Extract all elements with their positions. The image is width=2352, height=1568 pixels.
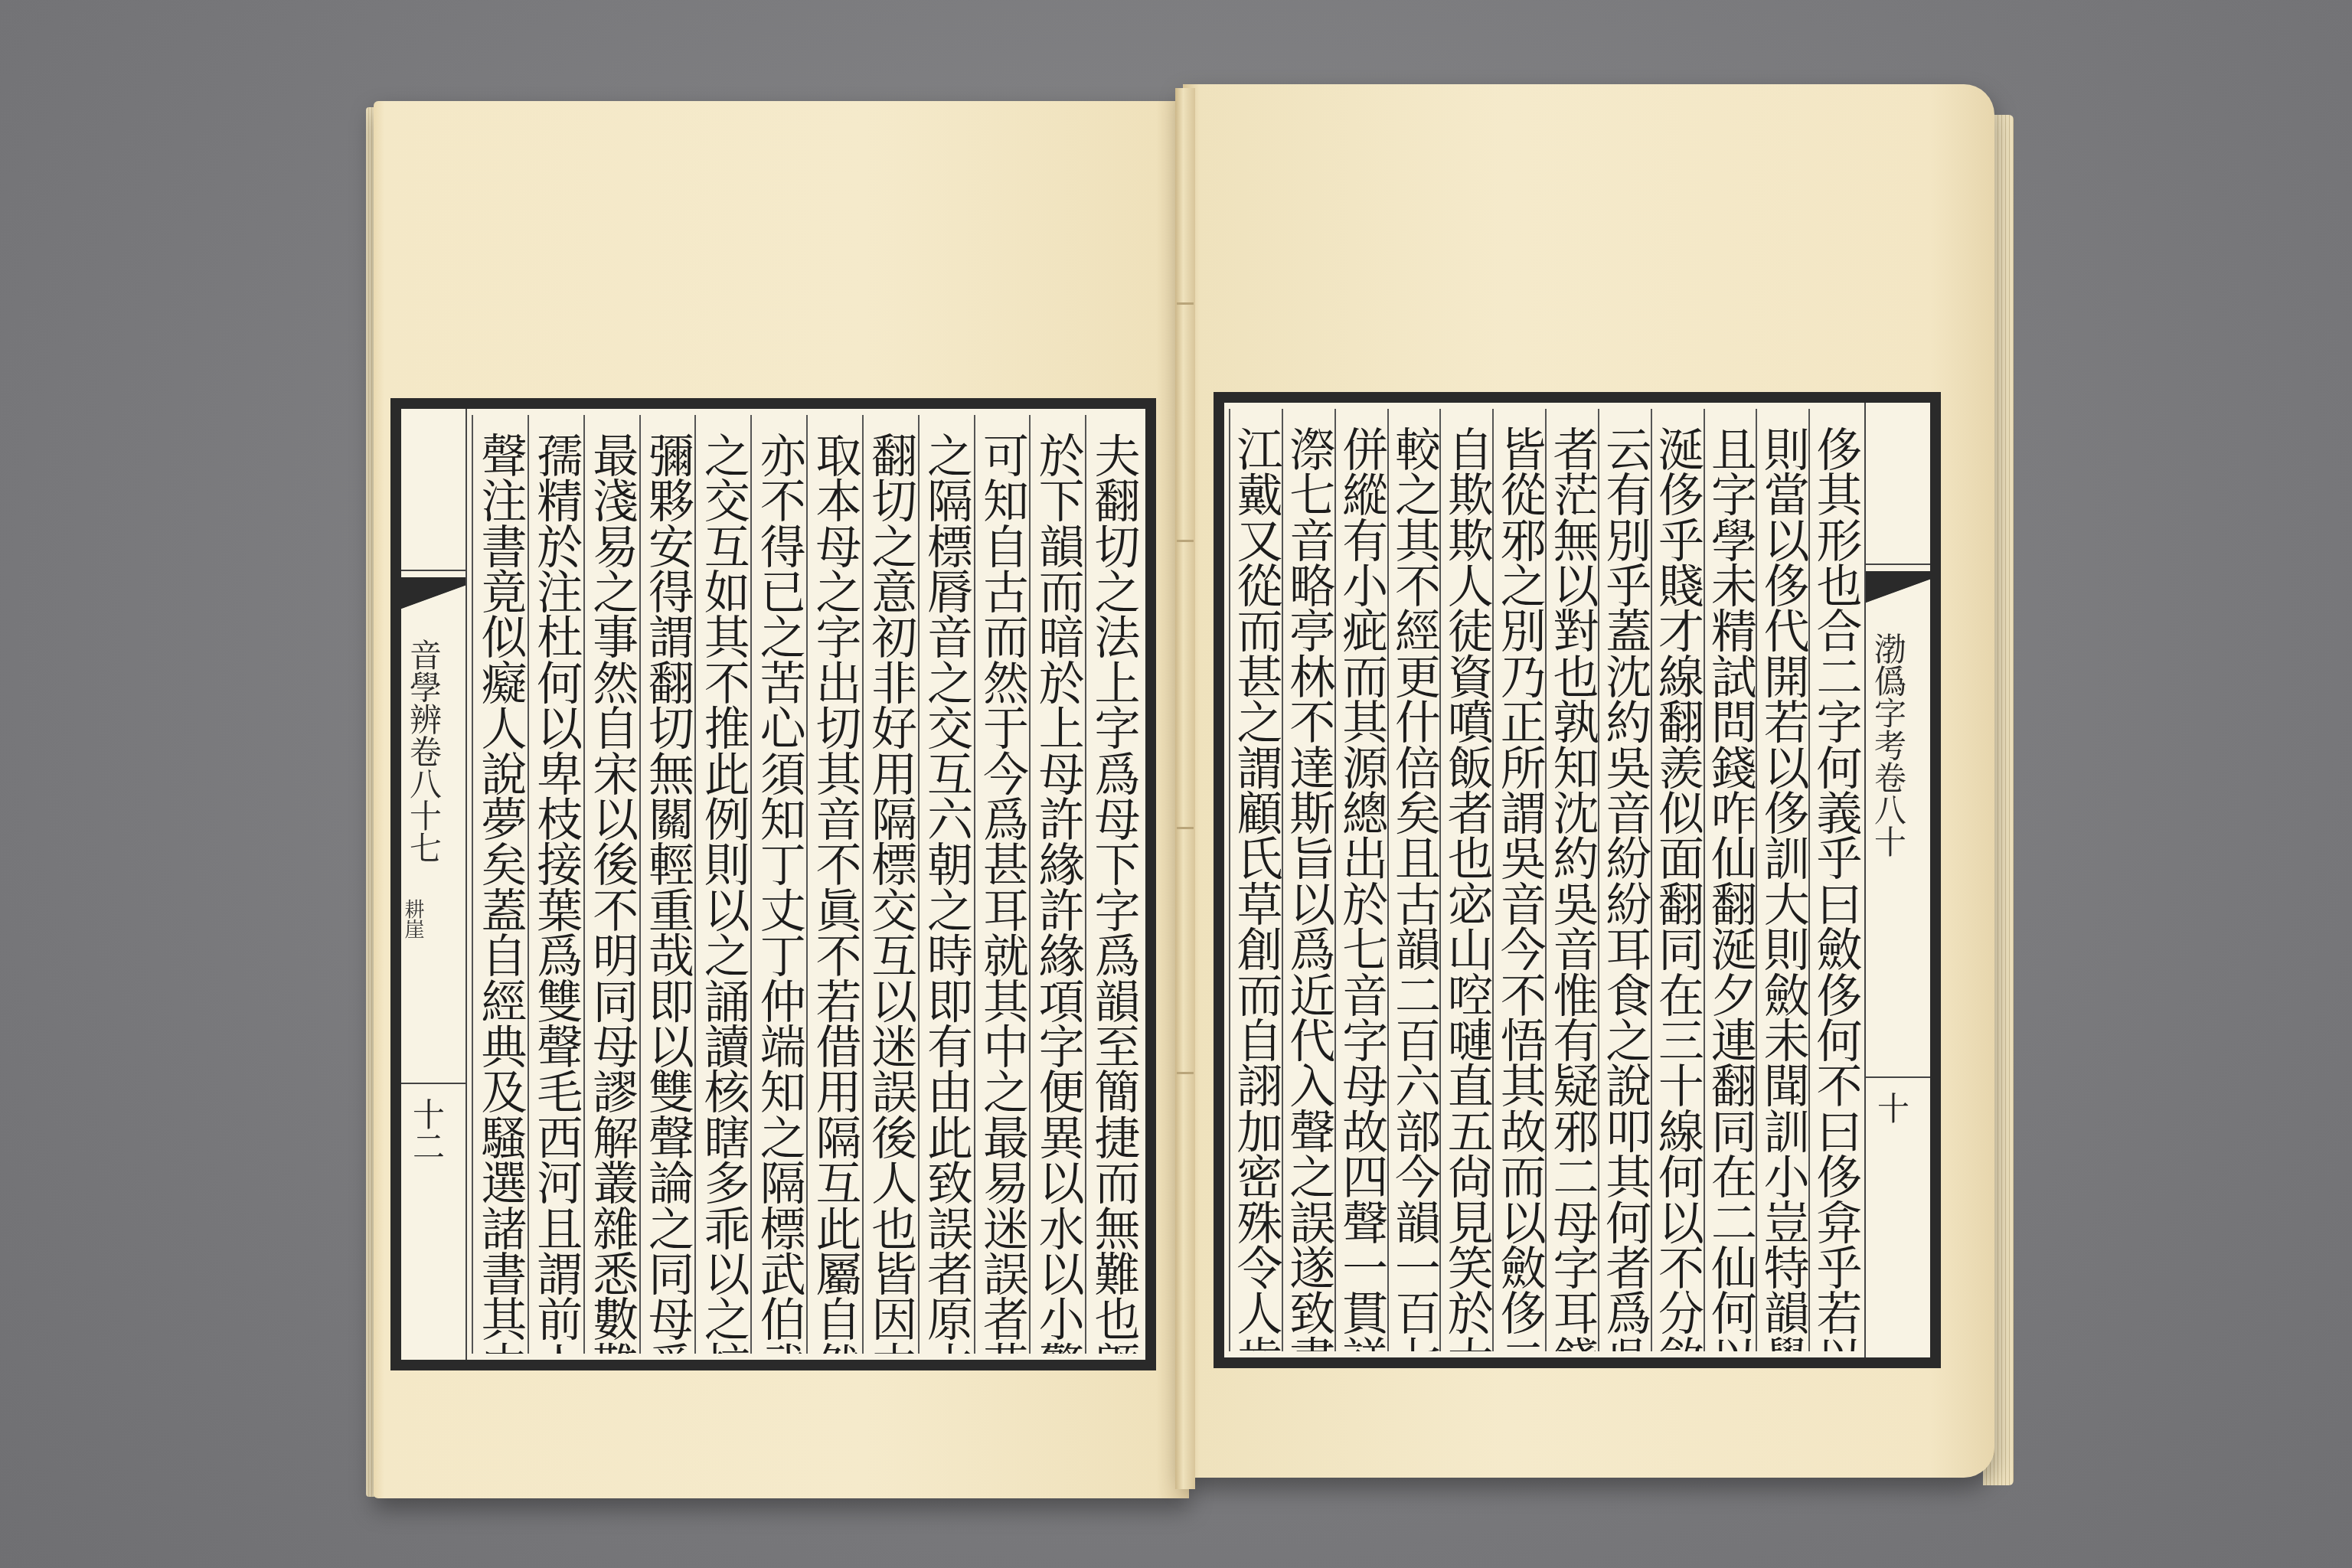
text-column: 可知自古而然于今爲甚耳就其中之最易迷誤者莫若舌音 bbox=[974, 415, 1030, 1354]
right-text-columns: 侈其形也合二字何義乎曰斂侈何不曰侈弇乎若以斂代闔 則當以侈代開若以侈訓大則斂未聞… bbox=[1229, 409, 1861, 1351]
text-column: 翻切之意初非好用隔標交互以迷誤後人也皆因本韻之字 bbox=[862, 415, 918, 1354]
page-number: 十 bbox=[1875, 1092, 1907, 1124]
fishtail-subtitle: 耕崖 bbox=[403, 899, 423, 939]
right-fishtail-margin: 渤僞字考卷八十 十 bbox=[1864, 403, 1930, 1357]
fishtail-title: 音學辨卷八十七 bbox=[407, 639, 439, 864]
text-column: 江戴又從而甚之謂顧氏草創而自詡加密殊令人齒冷也且 bbox=[1229, 409, 1282, 1351]
left-fishtail-margin: 音學辨卷八十七 耕崖 十二 bbox=[401, 409, 467, 1360]
text-column: 自欺欺人徒資噴飯者也宓山啌嗹直五尙見笑於大方以此 bbox=[1439, 409, 1492, 1351]
left-text-block: 音學辨卷八十七 耕崖 十二 夫翻切之法上字爲母下字爲韻至簡捷而無難也顧人每明 於… bbox=[390, 398, 1156, 1370]
text-column: 侈其形也合二字何義乎曰斂侈何不曰侈弇乎若以斂代闔 bbox=[1808, 409, 1861, 1351]
text-column: 孺精於注杜何以卑枝接葉爲雙聲毛西河且謂前人不以雙 bbox=[528, 415, 583, 1354]
text-column: 夫翻切之法上字爲母下字爲韻至簡捷而無難也顧人每明 bbox=[1085, 415, 1141, 1354]
page-number: 十二 bbox=[410, 1098, 443, 1162]
divider bbox=[401, 1083, 465, 1084]
fishtail-title: 渤僞字考卷八十 bbox=[1872, 632, 1904, 857]
text-column: 最淺易之事然自宋以後不明同母謬解叢雜悉數難終朱長 bbox=[583, 415, 639, 1354]
divider bbox=[401, 570, 465, 571]
fishtail-mark-icon bbox=[1866, 571, 1930, 617]
text-column: 且字學未精試問錢咋仙翻涎夕連翻同在二仙何以錢斂而 bbox=[1704, 409, 1756, 1351]
text-column: 漈七音略亭林不達斯旨以爲近代入聲之誤遂致盡變古法 bbox=[1282, 409, 1334, 1351]
left-text-columns: 夫翻切之法上字爲母下字爲韻至簡捷而無難也顧人每明 於下韻而暗於上母許緣許緣項字便… bbox=[472, 415, 1141, 1354]
text-column: 則當以侈代開若以侈訓大則斂未聞訓小豈特韻學不典抑 bbox=[1756, 409, 1808, 1351]
text-column: 取本母之字出切其音不眞不若借用隔互此屬自然之至理 bbox=[806, 415, 862, 1354]
spine-stitch bbox=[1177, 540, 1194, 542]
divider bbox=[1866, 563, 1930, 565]
book-spine bbox=[1175, 88, 1195, 1489]
text-column: 之交互如其不推此例則以之誦讀核瞎多乖以之校讐亥豕 bbox=[694, 415, 750, 1354]
text-column: 聲注書竟似癡人說夢矣蓋自經典及騷選諸書其中雙聲無 bbox=[472, 415, 528, 1354]
text-column: 涎侈乎賤才線翻羨似面翻同在三十線何以不分斂侈而第 bbox=[1651, 409, 1704, 1351]
text-column: 皆從邪之別乃正所謂吳音今不悟其故而以斂侈二字了之 bbox=[1492, 409, 1545, 1351]
divider bbox=[1866, 1076, 1930, 1078]
text-column: 云有別乎蓋沈約吳音紛紛耳食之說叩其何者爲吳音譚韻 bbox=[1598, 409, 1651, 1351]
right-text-block: 侈其形也合二字何義乎曰斂侈何不曰侈弇乎若以斂代闔 則當以侈代開若以侈訓大則斂未聞… bbox=[1214, 392, 1941, 1368]
open-book: 音學辨卷八十七 耕崖 十二 夫翻切之法上字爲母下字爲韻至簡捷而無難也顧人每明 於… bbox=[0, 0, 2352, 1568]
spine-stitch bbox=[1177, 302, 1194, 305]
spine-stitch bbox=[1177, 1072, 1194, 1074]
spine-stitch bbox=[1177, 827, 1194, 829]
fishtail-mark-icon bbox=[401, 577, 465, 623]
text-column: 者茫無以對也孰知沈約吳音惟有疑邪二母字耳錢涎賤羨 bbox=[1545, 409, 1598, 1351]
text-column: 之隔標脣音之交互六朝之時即有由此致誤者原古人製爲 bbox=[918, 415, 974, 1354]
text-column: 併縱有小疵而其源總出於七音字母故四聲一貫詳見於夾 bbox=[1334, 409, 1387, 1351]
text-column: 亦不得已之苦心須知丁丈丁仲端知之隔標武伯武悲微明 bbox=[750, 415, 806, 1354]
text-column: 彌夥安得謂翻切無關輕重哉即以雙聲論之同母爲雙聲亦 bbox=[639, 415, 695, 1354]
text-column: 於下韻而暗於上母許緣許緣項字便異以水以小驚字頓殊 bbox=[1029, 415, 1085, 1354]
text-column: 較之其不經更什倍矣且古韻二百六部今韻一百七部其分 bbox=[1387, 409, 1440, 1351]
